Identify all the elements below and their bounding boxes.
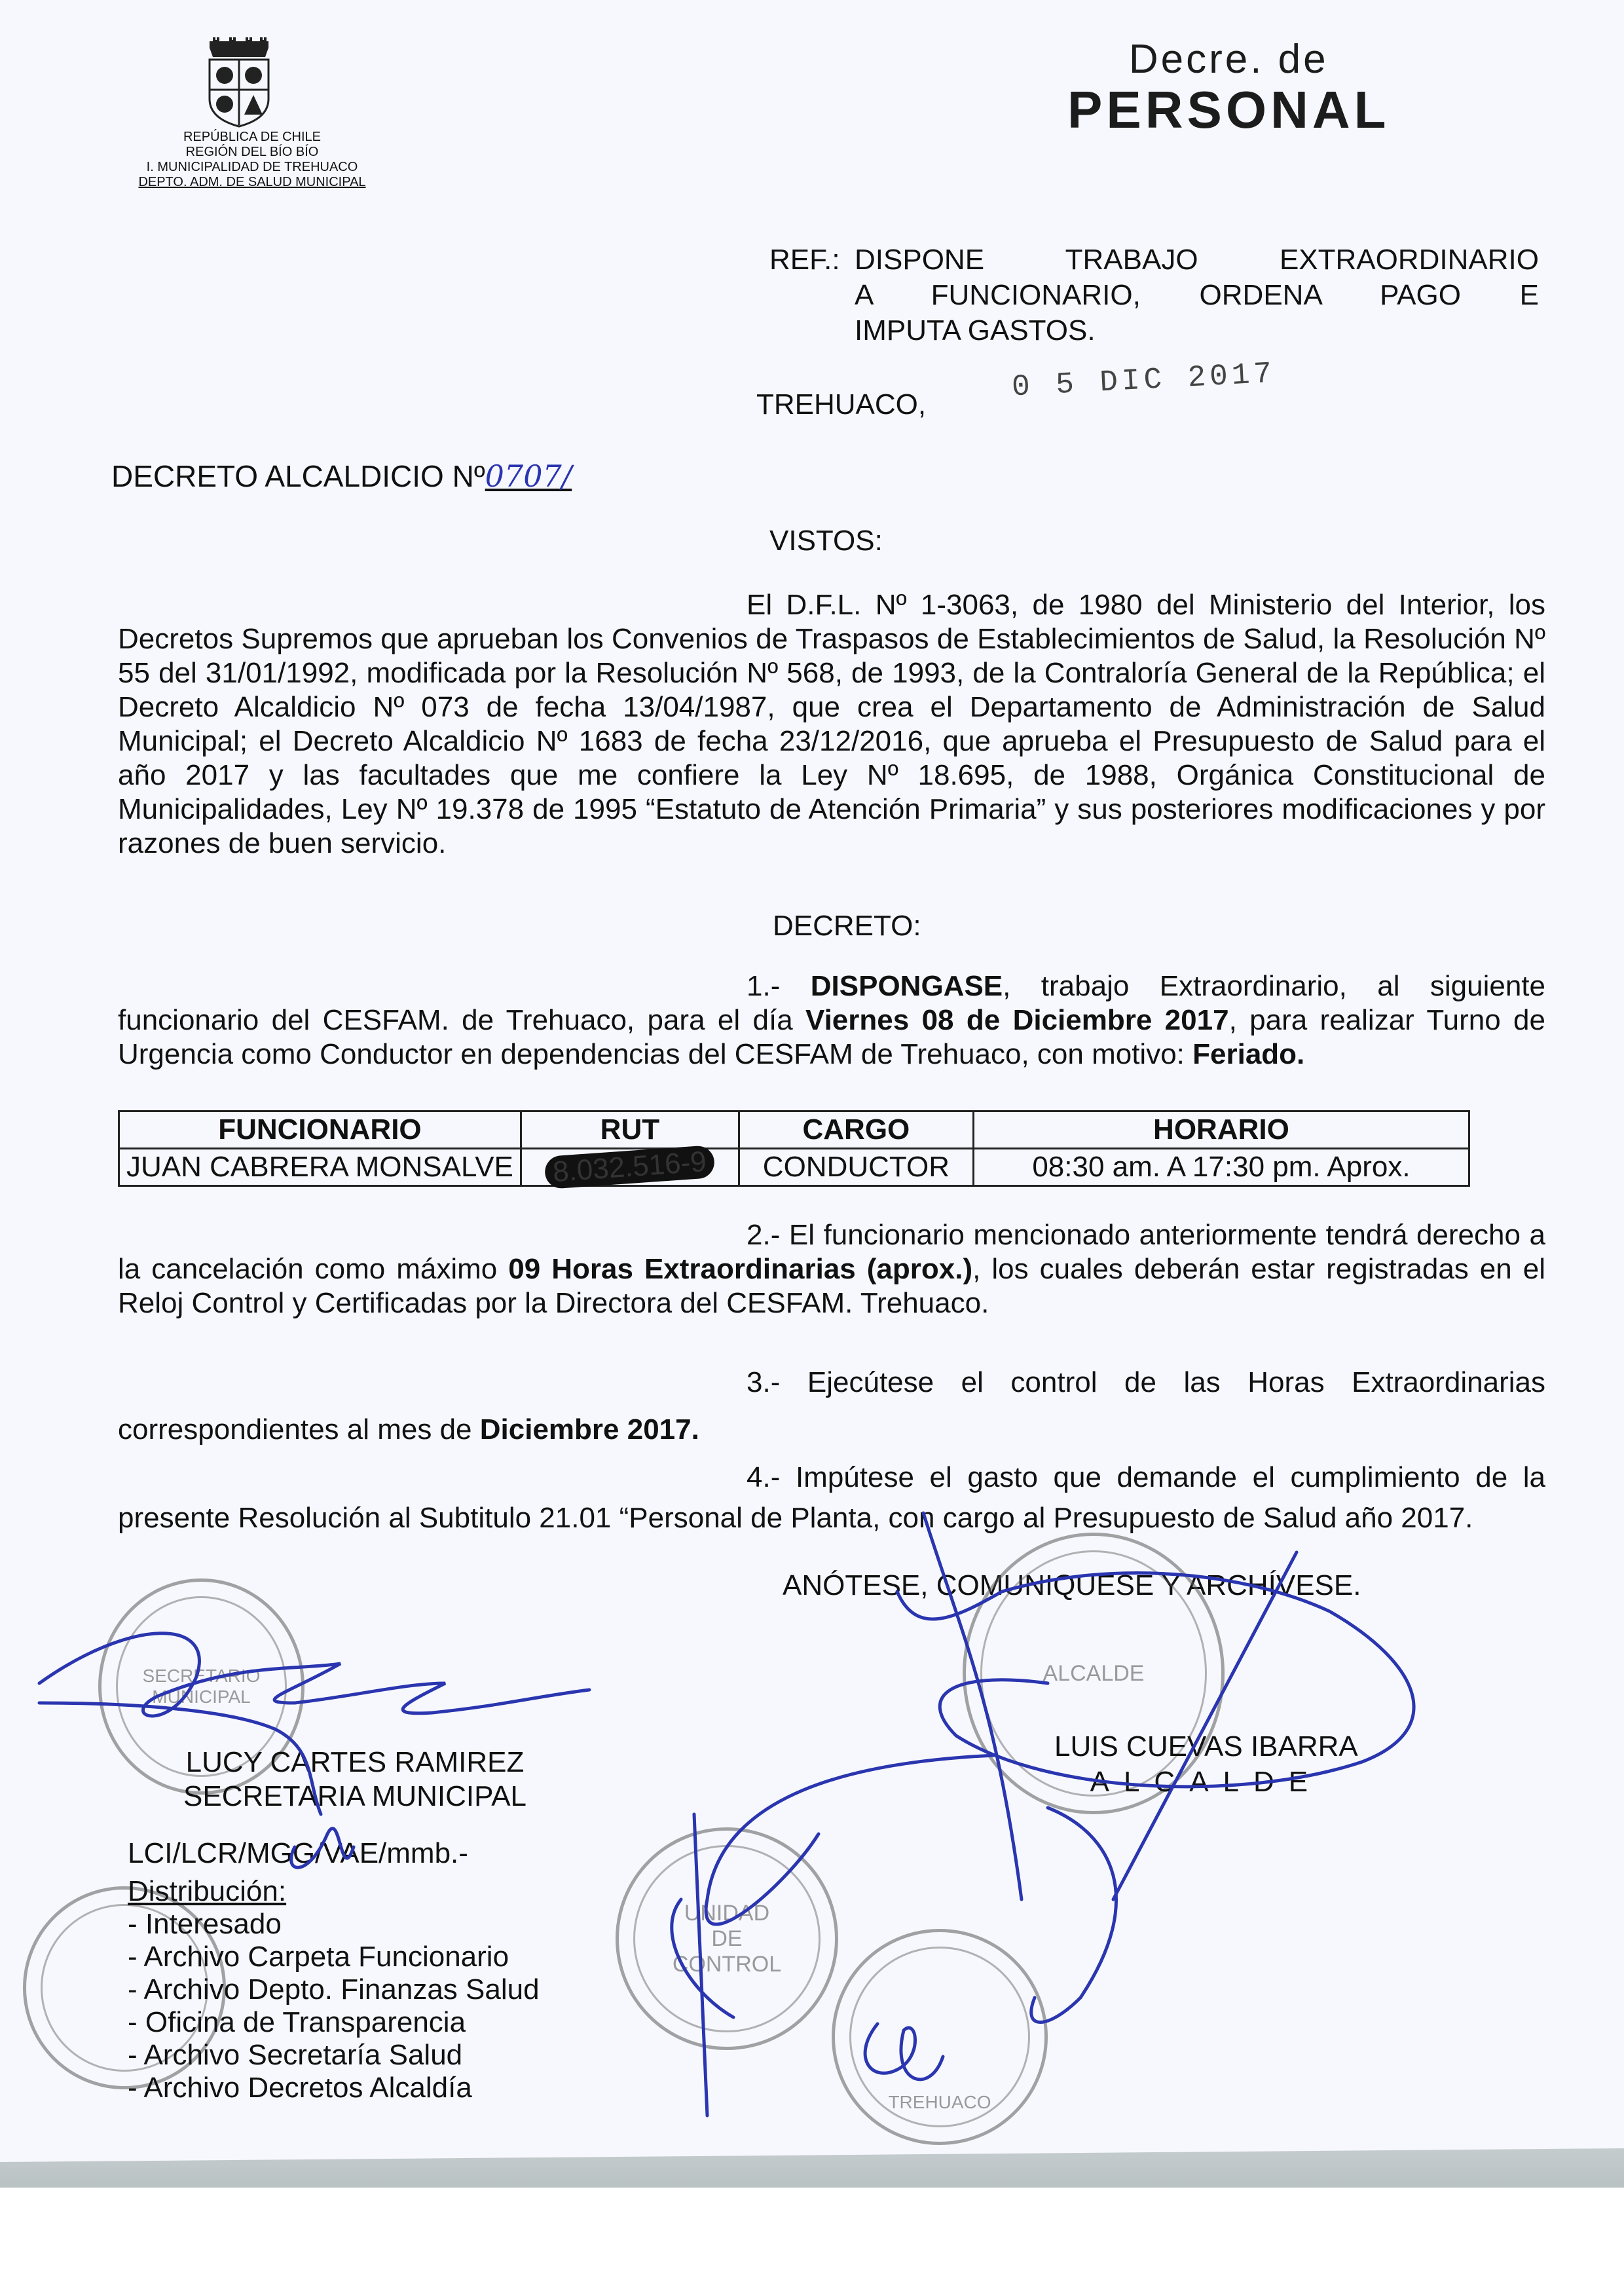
reference-block: REF.:DISPONE TRABAJO EXTRAORDINARIO A FU… [769,242,1539,348]
header-line-region: REGIÓN DEL BÍO BÍO [108,145,396,160]
cell-horario: 08:30 am. A 17:30 pm. Aprox. [973,1149,1469,1186]
item-text: Ejecútese el control de las Horas Extrao… [118,1366,1545,1446]
item-bold-month: Diciembre 2017. [480,1413,699,1446]
ref-line: DISPONE TRABAJO EXTRAORDINARIO [855,242,1539,278]
secretary-signature-block: LUCY CARTES RAMIREZ SECRETARIA MUNICIPAL [183,1745,526,1814]
cell-funcionario: JUAN CABRERA MONSALVE [119,1149,521,1186]
item-bold-reason: Feriado. [1192,1038,1304,1070]
item-bold: DISPONGASE [811,970,1003,1002]
seal-secretary-text: SECRETARIO MUNICIPAL [143,1666,261,1707]
cell-cargo: CONDUCTOR [739,1149,973,1186]
mayor-signature-block: LUIS CUEVAS IBARRA ALCALDE [1054,1729,1358,1800]
item-number: 2.- [747,1219,780,1251]
decree-number-value: 0707/ [485,458,572,494]
decree-item-2: 2.- El funcionario mencionado anteriorme… [118,1218,1545,1320]
distribution-item: - Archivo Decretos Alcaldía [128,2072,540,2104]
item-number: 1.- [747,970,780,1002]
decree-number-label: DECRETO ALCALDICIO Nº [111,459,485,493]
item-number: 4.- [747,1461,780,1493]
table-row: JUAN CABRERA MONSALVE 8.032.516-9 CONDUC… [119,1149,1469,1186]
distribution-label: Distribución: [128,1875,540,1908]
stamp-line-1: Decre. de [1067,36,1390,83]
table-header-row: FUNCIONARIO RUT CARGO HORARIO [119,1111,1469,1149]
decreto-heading: DECRETO: [773,909,921,943]
seal-control-text: UNIDAD DE CONTROL [673,1901,781,1977]
vistos-text: El D.F.L. Nº 1-3063, de 1980 del Ministe… [118,588,1545,861]
mayor-title: ALCALDE [1054,1764,1358,1800]
column-header-cargo: CARGO [739,1111,973,1149]
seal-health: TREHUACO [832,1929,1048,2145]
redacted-rut: 8.032.516-9 [544,1145,716,1189]
item-bold-hours: 09 Horas Extraordinarias (aprox.) [508,1253,972,1285]
cell-rut: 8.032.516-9 [521,1149,739,1186]
personal-decree-stamp: Decre. de PERSONAL [1067,36,1390,140]
decree-item-4: 4.- Impútese el gasto que demande el cum… [118,1457,1545,1539]
place-label: TREHUACO, [756,388,926,422]
distribution-item: - Archivo Depto. Finanzas Salud [128,1973,540,2006]
item-number: 3.- [747,1366,780,1398]
distribution-item: - Oficina de Transparencia [128,2006,540,2039]
coat-of-arms-icon [200,36,278,128]
seal-health-text: TREHUACO [888,2092,991,2113]
ref-line: IMPUTA GASTOS. [855,313,1539,348]
column-header-funcionario: FUNCIONARIO [119,1111,521,1149]
vistos-heading: VISTOS: [769,524,883,558]
header-line-municipality: I. MUNICIPALIDAD DE TREHUACO [108,160,396,175]
distribution-item: - Archivo Carpeta Funcionario [128,1941,540,1973]
decree-number: DECRETO ALCALDICIO Nº0707/ [111,458,572,494]
mayor-name: LUIS CUEVAS IBARRA [1054,1729,1358,1764]
vistos-paragraph: El D.F.L. Nº 1-3063, de 1980 del Ministe… [118,588,1545,861]
seal-mayor-text: ALCALDE [1043,1661,1145,1687]
seal-control-unit: UNIDAD DE CONTROL [616,1827,838,2050]
ref-line: A FUNCIONARIO, ORDENA PAGO E [855,278,1539,313]
stamp-line-2: PERSONAL [1067,80,1390,140]
distribution-item: - Interesado [128,1908,540,1941]
overtime-table: FUNCIONARIO RUT CARGO HORARIO JUAN CABRE… [118,1110,1470,1187]
ref-label: REF.: [769,242,855,278]
item-bold-date: Viernes 08 de Diciembre 2017 [805,1004,1229,1036]
secretary-name: LUCY CARTES RAMIREZ [183,1745,526,1780]
column-header-horario: HORARIO [973,1111,1469,1149]
initials: LCI/LCR/MGG/VAE/mmb.- [128,1837,540,1870]
decree-item-3: 3.- Ejecútese el control de las Horas Ex… [118,1359,1545,1453]
item-text: Impútese el gasto que demande el cumplim… [118,1461,1545,1534]
header-line-country: REPÚBLICA DE CHILE [108,130,396,145]
decree-item-1: 1.- DISPONGASE, trabajo Extraordinario, … [118,969,1545,1072]
secretary-title: SECRETARIA MUNICIPAL [183,1780,526,1814]
column-header-rut: RUT [521,1111,739,1149]
distribution-block: LCI/LCR/MGG/VAE/mmb.- Distribución: - In… [128,1837,540,2104]
institution-header: REPÚBLICA DE CHILE REGIÓN DEL BÍO BÍO I.… [108,130,396,190]
header-line-department: DEPTO. ADM. DE SALUD MUNICIPAL [108,175,396,190]
distribution-item: - Archivo Secretaría Salud [128,2039,540,2072]
